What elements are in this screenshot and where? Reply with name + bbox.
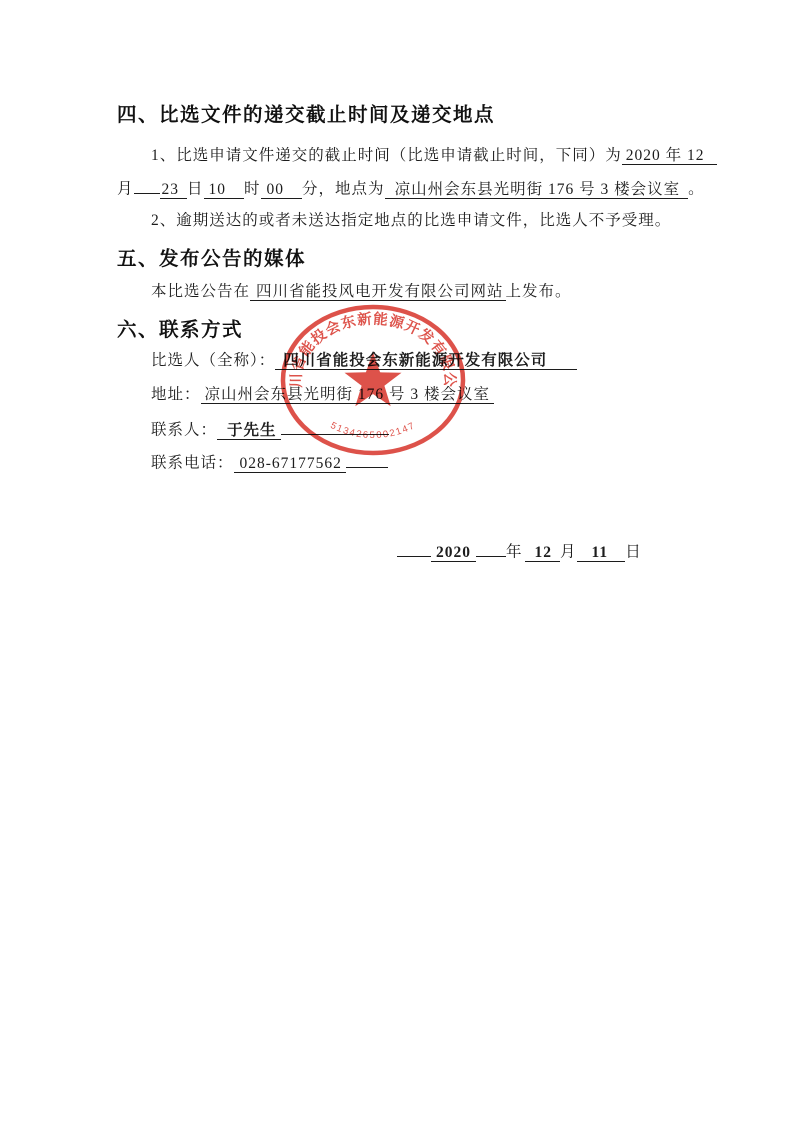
document-page: { "document": { "section4": { "heading":…	[0, 0, 794, 1123]
date-day-label: 日	[625, 544, 642, 561]
blank-underline	[134, 177, 160, 194]
contact-person-value: 于先生	[217, 422, 281, 440]
date-month-label: 月	[560, 544, 577, 561]
contact-person-label: 联系人：	[151, 422, 217, 439]
contact-name-value: 四川省能投会东新能源开发有限公司	[275, 352, 577, 370]
contact-name-label: 比选人（全称）：	[151, 352, 275, 369]
address-value: 凉山州会东县光明街 176 号 3 楼会议室	[201, 386, 495, 404]
section6-heading: 六、联系方式	[117, 314, 243, 342]
deadline-text: 1、比选申请文件递交的截止时间（比选申请截止时间，下同）为	[151, 147, 622, 164]
period: 。	[688, 181, 705, 198]
month-char: 月	[117, 181, 134, 198]
phone-line: 联系电话：028-67177562	[151, 451, 388, 474]
date-day: 11	[577, 544, 626, 562]
seal-company-name: 四川省能投会东新能源开发有限公司	[277, 301, 458, 388]
svg-text:四川省能投会东新能源开发有限公司: 四川省能投会东新能源开发有限公司	[277, 301, 458, 388]
blank-underline	[476, 540, 506, 557]
phone-value: 028-67177562	[234, 455, 346, 473]
media-line: 本比选公告在四川省能投风电开发有限公司网站上发布。	[151, 281, 572, 302]
address-label: 地址：	[151, 386, 201, 403]
hour-char: 时	[244, 181, 261, 198]
location-value: 凉山州会东县光明街 176 号 3 楼会议室	[385, 181, 689, 199]
deadline-line2: 月23日10时00分，地点为凉山州会东县光明街 176 号 3 楼会议室。	[117, 177, 705, 200]
date-month: 12	[525, 544, 561, 562]
media-suffix: 上发布。	[506, 283, 572, 300]
late-delivery-clause: 2、逾期送达的或者未送达指定地点的比选申请文件，比选人不予受理。	[151, 210, 671, 231]
phone-label: 联系电话：	[151, 455, 234, 472]
blank-underline	[281, 418, 389, 435]
deadline-line1: 1、比选申请文件递交的截止时间（比选申请截止时间，下同）为2020 年 12	[151, 145, 717, 166]
hour-value: 10	[204, 181, 245, 199]
media-value: 四川省能投风电开发有限公司网站	[250, 283, 506, 301]
contact-name-line: 比选人（全称）：四川省能投会东新能源开发有限公司	[151, 350, 577, 371]
minute-value: 00	[261, 181, 303, 199]
blank-underline	[397, 540, 431, 557]
media-prefix: 本比选公告在	[151, 283, 250, 300]
contact-person-line: 联系人：于先生	[151, 418, 389, 441]
signature-date-line: 2020年12月11日	[397, 540, 642, 563]
date-year-label: 年	[506, 544, 523, 561]
address-line: 地址：凉山州会东县光明街 176 号 3 楼会议室	[151, 384, 494, 405]
blank-underline	[346, 451, 388, 468]
minute-suffix: 分，地点为	[302, 181, 385, 198]
day-value: 23	[160, 181, 188, 199]
day-char: 日	[187, 181, 204, 198]
deadline-year-month-value: 2020 年 12	[622, 147, 717, 165]
section5-heading: 五、发布公告的媒体	[117, 243, 306, 271]
date-year: 2020	[431, 544, 476, 562]
section4-heading: 四、比选文件的递交截止时间及递交地点	[117, 99, 495, 127]
